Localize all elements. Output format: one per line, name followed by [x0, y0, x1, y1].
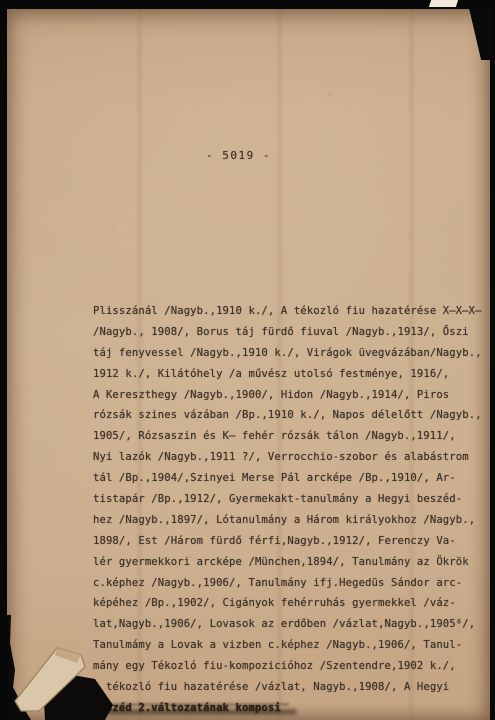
text-line: Plisszánál /Nagyb.,1910 k./, A tékozló f… — [93, 301, 478, 322]
text-line: tál /Bp.,1904/,Szinyei Merse Pál arcképe… — [93, 468, 478, 489]
text-block: Plisszánál /Nagyb.,1910 k./, A tékozló f… — [93, 301, 478, 719]
text-line: lat,Nagyb.,1906/, Lovasok az erdőben /vá… — [93, 614, 478, 635]
text-line: 1898/, Est /Három fürdő férfi,Nagyb.,191… — [93, 531, 478, 552]
text-line: A tékozló fiu hazatérése /vázlat, Nagyb.… — [93, 677, 478, 698]
text-line: 1905/, Rózsaszin és K̶ fehér rózsák tálo… — [93, 426, 478, 447]
text-line: A Kereszthegy /Nagyb.,1900/, Hidon /Nagy… — [93, 385, 478, 406]
text-line: Nyi lazók /Nagyb.,1911 ?/, Verrocchio-sz… — [93, 447, 478, 468]
text-line: képéhez /Bp.,1902/, Cigányok fehérruhás … — [93, 593, 478, 614]
paper-notch — [429, 0, 458, 7]
text-line: /Nagyb., 1908/, Borus táj fürdő fiuval /… — [93, 322, 478, 343]
paper-edge-wedge — [469, 8, 491, 60]
text-line: táj fenyvessel /Nagyb.,1910 k./, Virágok… — [93, 343, 478, 364]
text-line: 1912 k./, Kilátóhely /a művész utolsó fe… — [93, 364, 478, 385]
paper-page: - 5019 - Plisszánál /Nagyb.,1910 k./, A … — [7, 9, 490, 720]
text-line: lér gyermekkori arcképe /München,1894/, … — [93, 552, 478, 573]
text-line: beszéd 2.változatának komposi — [93, 698, 478, 719]
text-line: tistapár /Bp.,1912/, Gyermekakt-tanulmán… — [93, 489, 478, 510]
text-line: mány egy Tékozló fiu-kompozicióhoz /Szen… — [93, 656, 478, 677]
page-number: - 5019 - — [206, 149, 271, 162]
text-line: Tanulmámy a Lovak a vizben c.képhez /Nag… — [93, 635, 478, 656]
text-line: c.képhez /Nagyb.,1906/, Tanulmány ifj.He… — [93, 573, 478, 594]
scan-background: { "page": { "page_number": "- 5019 -", "… — [0, 0, 495, 720]
text-line: hez /Nagyb.,1897/, Lótanulmány a Három k… — [93, 510, 478, 531]
text-line: rózsák szines vázában /Bp.,1910 k./, Nap… — [93, 405, 478, 426]
torn-corner — [7, 615, 137, 720]
